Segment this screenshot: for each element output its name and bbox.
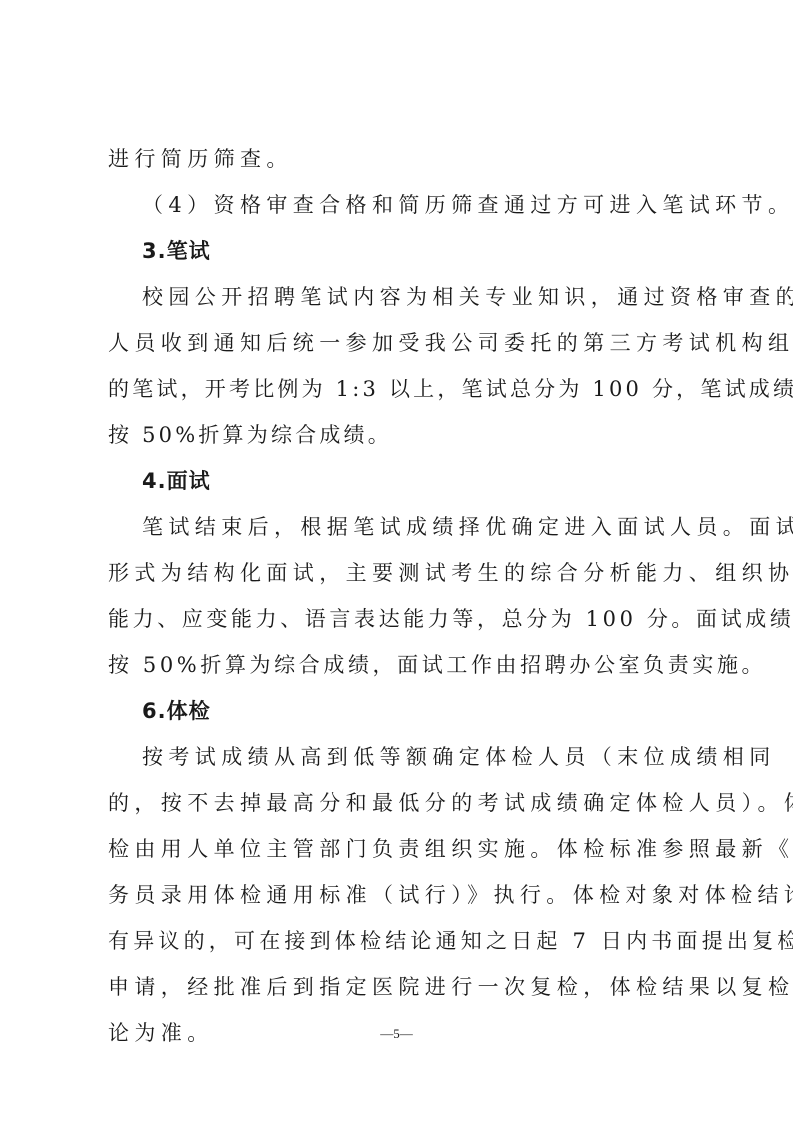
section-heading-physical-exam: 6.体检 xyxy=(142,696,211,726)
paragraph-line: （4）资格审查合格和简历筛查通过方可进入笔试环节。 xyxy=(142,190,688,220)
paragraph-line: 按考试成绩从高到低等额确定体检人员（末位成绩相同 xyxy=(142,742,688,772)
paragraph-line: 能力、应变能力、语言表达能力等，总分为 100 分。面试成绩 xyxy=(108,604,688,634)
paragraph-line: 申请，经批准后到指定医院进行一次复检，体检结果以复检结 xyxy=(108,972,688,1002)
page-number: —5— xyxy=(0,1026,793,1042)
paragraph-line: 务员录用体检通用标准（试行）》执行。体检对象对体检结论 xyxy=(108,880,688,910)
paragraph-line: 检由用人单位主管部门负责组织实施。体检标准参照最新《公 xyxy=(108,834,688,864)
paragraph-line: 的，按不去掉最高分和最低分的考试成绩确定体检人员）。体 xyxy=(108,788,688,818)
paragraph-line: 的笔试，开考比例为 1:3 以上，笔试总分为 100 分，笔试成绩 xyxy=(108,374,688,404)
section-heading-interview: 4.面试 xyxy=(142,466,211,496)
section-heading-written-exam: 3.笔试 xyxy=(142,236,211,266)
paragraph-line: 有异议的，可在接到体检结论通知之日起 7 日内书面提出复检 xyxy=(108,926,688,956)
paragraph-line: 校园公开招聘笔试内容为相关专业知识，通过资格审查的 xyxy=(142,282,688,312)
paragraph-line: 笔试结束后，根据笔试成绩择优确定进入面试人员。面试 xyxy=(142,512,688,542)
paragraph-line: 人员收到通知后统一参加受我公司委托的第三方考试机构组织 xyxy=(108,328,688,358)
paragraph-line: 按 50%折算为综合成绩。 xyxy=(108,420,688,450)
paragraph-line: 形式为结构化面试，主要测试考生的综合分析能力、组织协调 xyxy=(108,558,688,588)
paragraph-line: 按 50%折算为综合成绩，面试工作由招聘办公室负责实施。 xyxy=(108,650,688,680)
paragraph-line: 进行简历筛查。 xyxy=(108,144,688,174)
